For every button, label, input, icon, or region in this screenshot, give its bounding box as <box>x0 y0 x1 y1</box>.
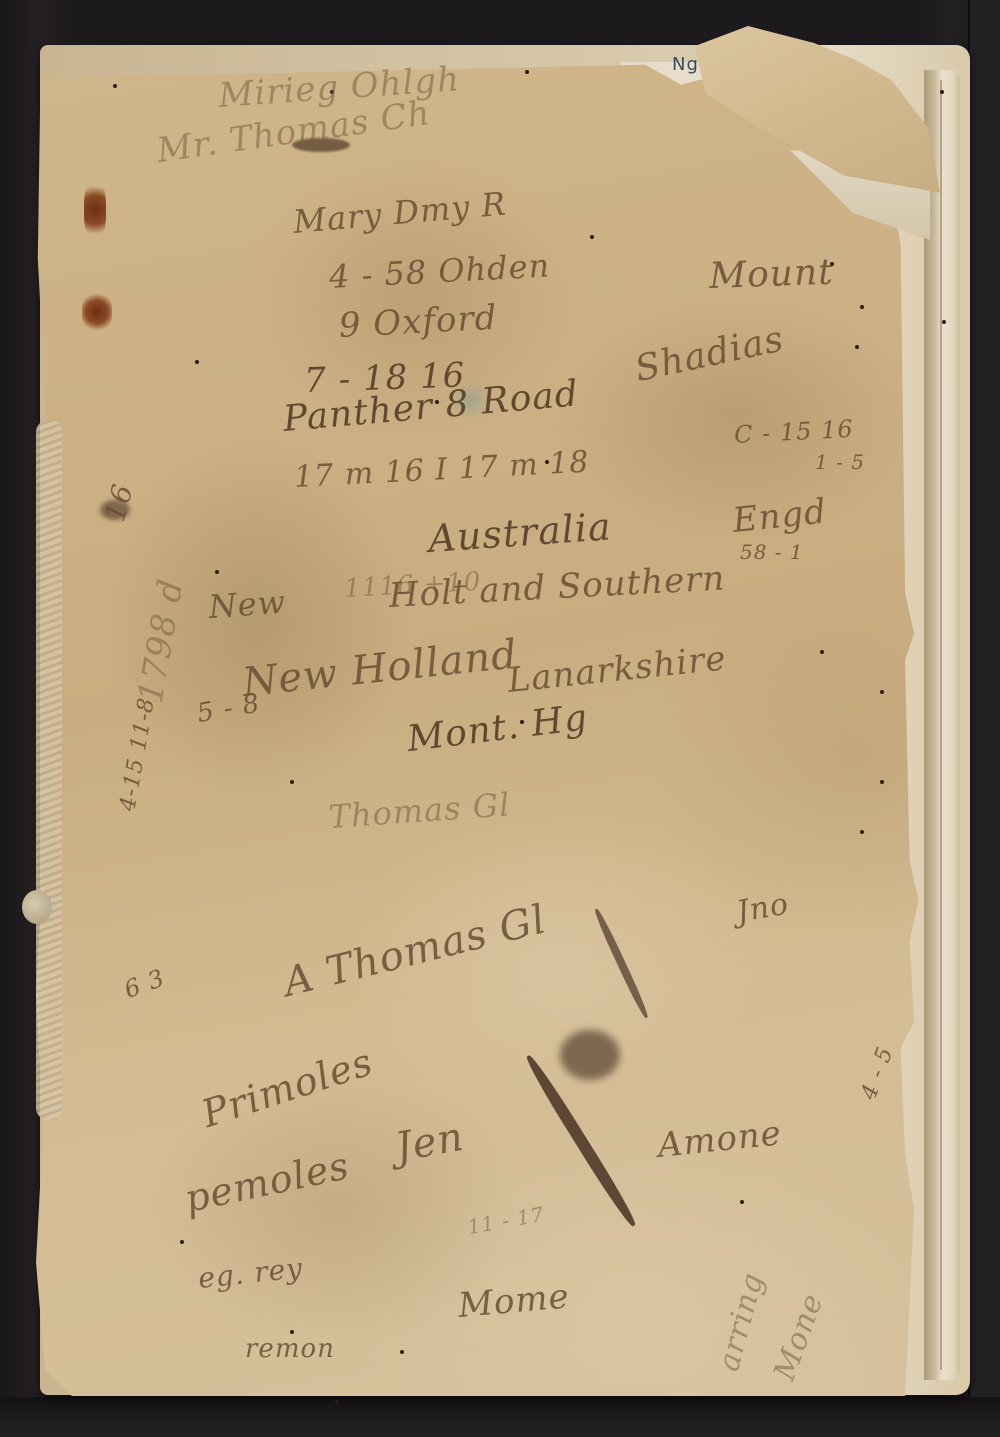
page-edge-line <box>940 80 942 1370</box>
ink-smudge-center <box>560 1030 620 1080</box>
handwritten-inscription: 58 - 1 <box>740 540 804 564</box>
speck <box>525 70 529 74</box>
speck <box>855 345 859 349</box>
speck <box>740 1200 744 1204</box>
handwritten-inscription: remon <box>245 1334 335 1364</box>
rust-stain-2 <box>82 292 112 332</box>
rust-stain-1 <box>84 180 106 240</box>
speck <box>860 305 864 309</box>
backdrop-panel-right <box>968 0 1000 1437</box>
binding-cord <box>36 420 62 1120</box>
speck <box>290 780 294 784</box>
speck <box>335 1400 339 1404</box>
speck <box>820 650 824 654</box>
page-edges-right <box>924 70 960 1380</box>
speck <box>880 690 884 694</box>
speck <box>113 84 117 88</box>
backdrop-shelf-bottom <box>0 1397 1000 1437</box>
handwritten-inscription: 9 Oxford <box>338 298 498 346</box>
speck <box>860 830 864 834</box>
handwritten-inscription: 1 - 5 <box>815 450 865 474</box>
handwritten-inscription: New <box>207 583 287 626</box>
speck <box>180 1240 184 1244</box>
speck <box>215 570 219 574</box>
speck <box>942 320 946 324</box>
speck <box>880 780 884 784</box>
binding-knot <box>22 890 52 924</box>
handwritten-inscription: Mount <box>709 252 835 297</box>
speck <box>940 90 944 94</box>
speck <box>590 235 594 239</box>
speck <box>195 360 199 364</box>
speck <box>400 1350 404 1354</box>
